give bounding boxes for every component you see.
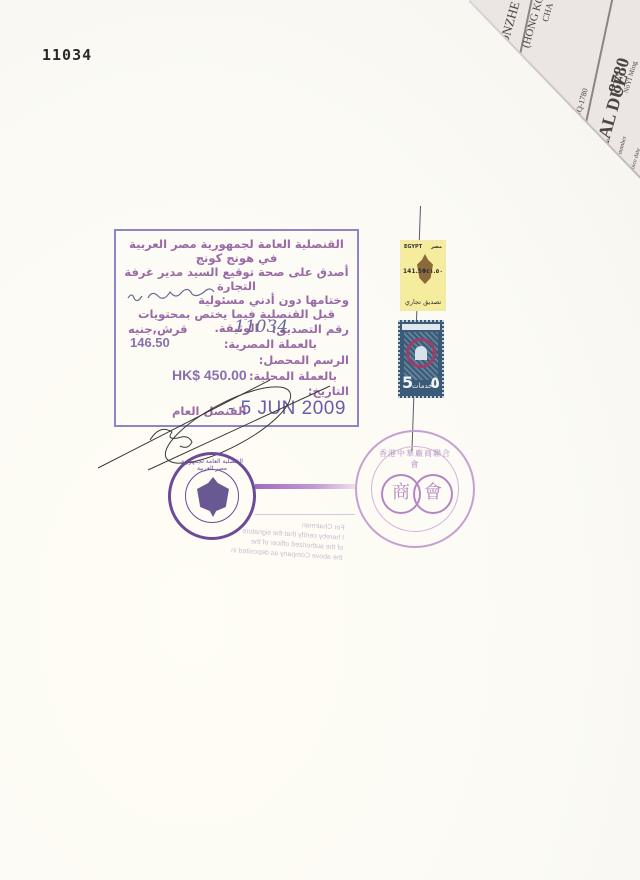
egp-amount: 146.50 (130, 335, 170, 350)
stamp-country-ar: مصر (431, 244, 442, 250)
stamp-header-band (402, 324, 440, 330)
local-currency-label: بالعملة المحلية: (249, 369, 337, 383)
local-amount: HK$ 450.00 (172, 367, 247, 383)
document-page (0, 0, 640, 880)
chamber-of-commerce-seal: 香港中華廠商聯合會 商 會 (355, 430, 475, 548)
stamp-label: خدمات (412, 382, 430, 390)
fee-label: الرسم المحصل: (259, 353, 349, 367)
yellow-revenue-stamp: EGYPT مصر 141.50 ١٤١.٥٠ تصديق تجاري (400, 240, 446, 311)
certification-text-1: أصدق على صحة توقيع السيد مدير غرفة التجا… (116, 265, 357, 293)
date-stamp: - 5 JUN 2009 (228, 398, 346, 420)
stamp-value-ar: ١٤١.٥٠ (422, 268, 443, 275)
seal-ring-text: القنصلية العامة لجمهورية مصر العربية (181, 458, 243, 472)
blue-revenue-stamp: 5 خدمات ٥ (398, 320, 444, 398)
chamber-stamp-bar (255, 484, 355, 489)
stamp-value-ar: ٥ (430, 373, 440, 392)
seal-char-2: 會 (413, 474, 453, 514)
seal-ring-text: 香港中華廠商聯合會 (377, 448, 453, 470)
stamp-label: تصديق تجاري (402, 298, 444, 306)
serial-number: 11034 (42, 46, 92, 64)
currency-unit: قرش,جنيه (128, 322, 188, 336)
signature-line (255, 514, 355, 515)
mosque-icon (415, 346, 427, 360)
certification-text-2: وختامها دون أدني مسئولية (198, 293, 349, 307)
date-label: التاريخ: (308, 384, 349, 398)
stamp-country: EGYPT (404, 244, 422, 250)
egp-label: بالعملة المصرية: (224, 337, 317, 351)
cert-number-handwritten: 11034 (234, 317, 288, 337)
consulate-header: القنصلية العامة لجمهورية مصر العربية (116, 237, 357, 251)
bleed-through-text: For Chairman I hereby certify that the s… (231, 516, 345, 564)
consulate-location: في هونج كونج (116, 251, 357, 265)
